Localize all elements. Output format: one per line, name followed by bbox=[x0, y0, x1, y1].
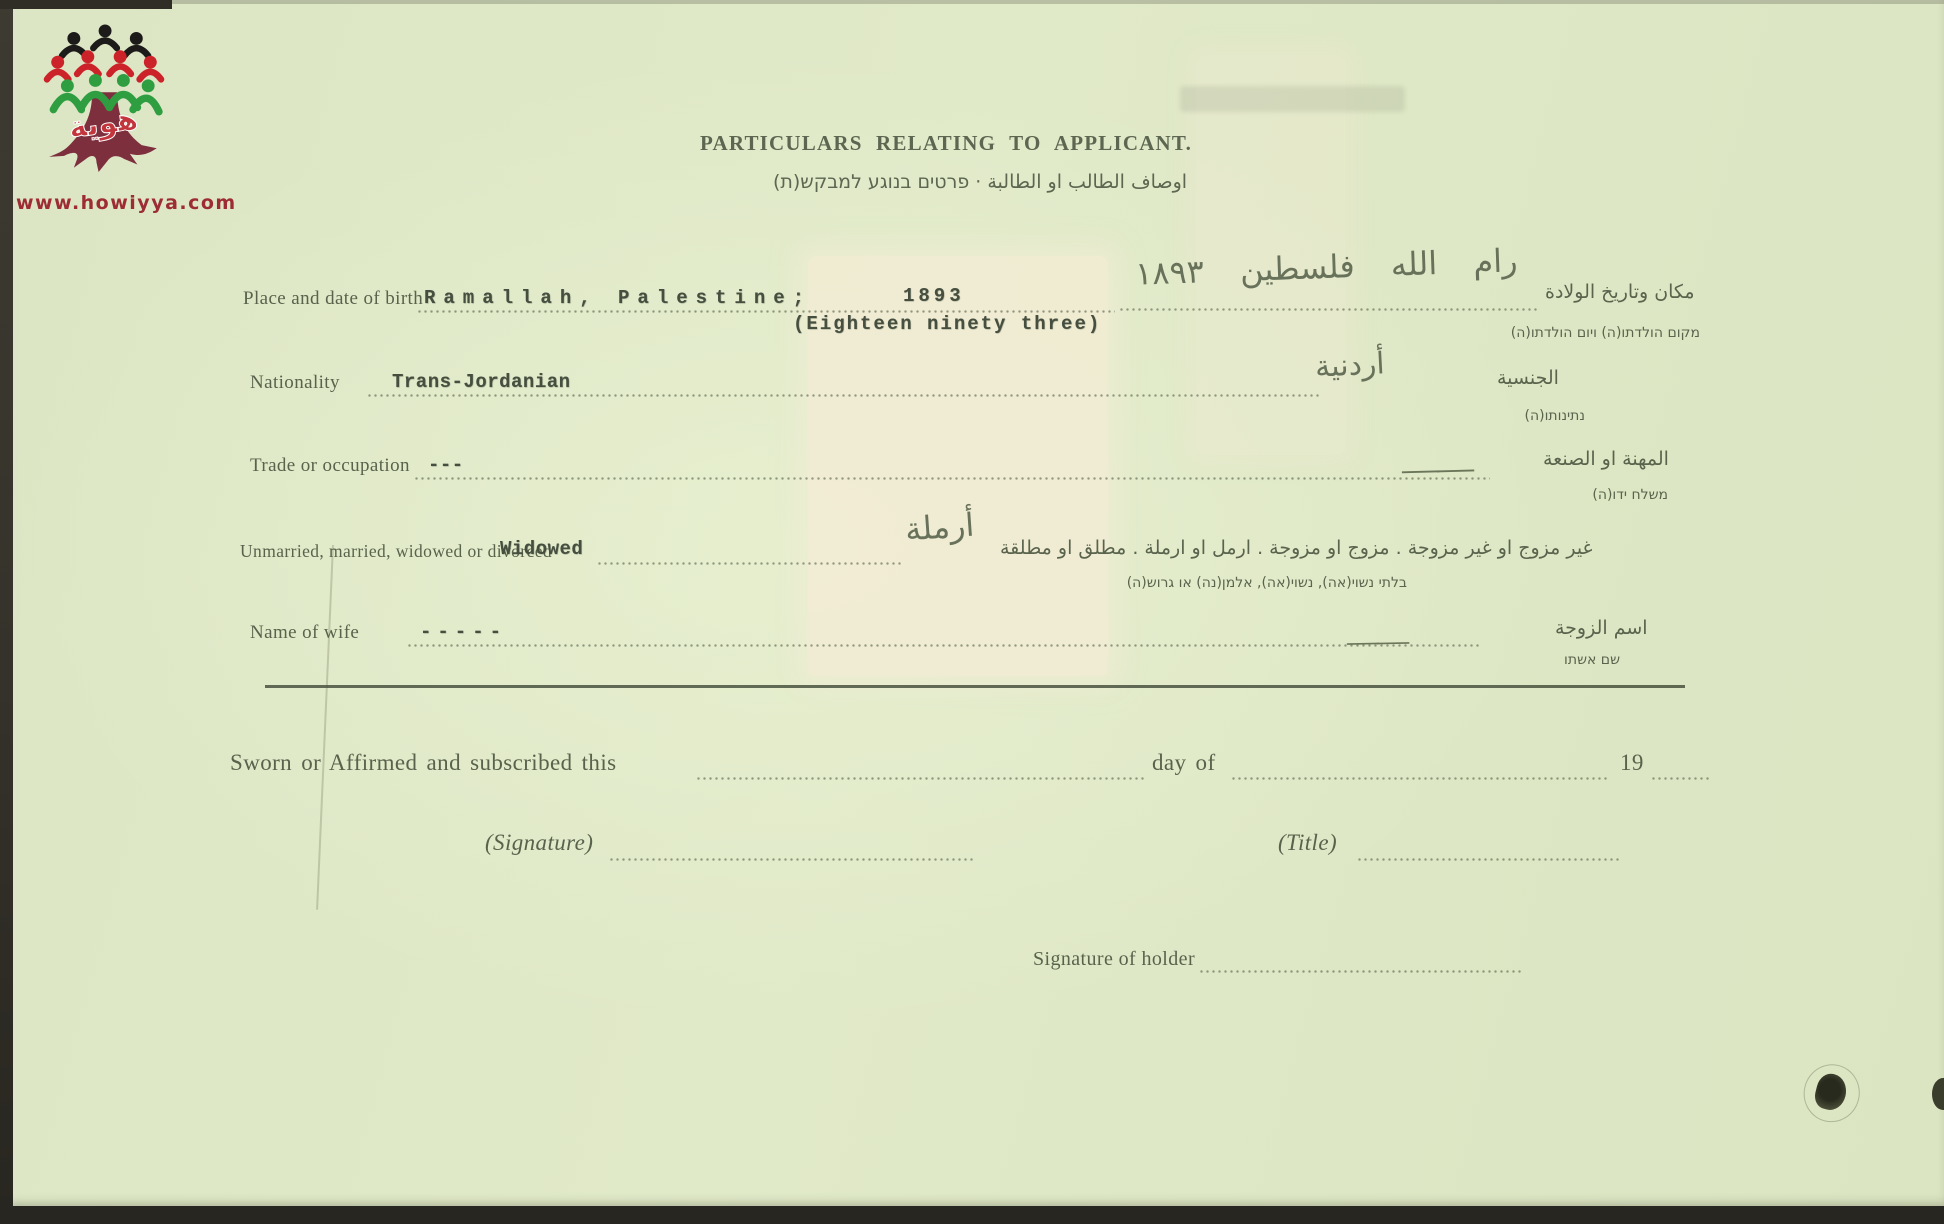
marital-handwritten-value: أرملة bbox=[904, 506, 976, 549]
subtitle-separator: · bbox=[975, 171, 981, 193]
birth-label-en: Place and date of birth bbox=[243, 288, 423, 310]
nationality-typed-value: Trans-Jordanian bbox=[392, 371, 571, 393]
birth-label-he: מקום הולדתו(ה) ויום הולדתו(ה) bbox=[1450, 325, 1700, 341]
paper-top-edge-shadow bbox=[13, 0, 1944, 4]
watermark-url: www.howiyya.com bbox=[16, 192, 237, 214]
bleed-through-smudge bbox=[1180, 86, 1405, 112]
nationality-handwritten-value: أردنية bbox=[1314, 346, 1385, 385]
nationality-label-en: Nationality bbox=[250, 372, 340, 394]
document-subtitle: اوصاف الطالب او الطالبة · פרטים בנוגע למ… bbox=[760, 171, 1200, 193]
birth-dotted-line-right bbox=[1120, 308, 1538, 311]
wife-label-ar: اسم الزوجة bbox=[1555, 617, 1648, 639]
holder-dotted-line bbox=[1200, 970, 1522, 973]
nationality-label-ar: الجنسية bbox=[1497, 367, 1559, 389]
wife-handwritten-dash: —— bbox=[1347, 623, 1408, 656]
sworn-dotted-line-3 bbox=[1652, 777, 1712, 780]
wife-typed-value: ----- bbox=[420, 621, 507, 643]
trade-label-he: משלח ידו(ה) bbox=[1550, 487, 1668, 503]
day-of-text: day of bbox=[1152, 750, 1216, 776]
section-divider-rule bbox=[265, 685, 1685, 688]
ink-blot bbox=[1812, 1071, 1850, 1113]
signature-label: (Signature) bbox=[485, 830, 593, 856]
year-prefix: 19 bbox=[1620, 750, 1644, 776]
marital-typed-value: Widowed bbox=[500, 538, 583, 560]
birth-typed-place: Ramallah, Palestine; bbox=[424, 287, 812, 309]
subtitle-arabic: اوصاف الطالب او الطالبة bbox=[987, 171, 1187, 193]
signature-dotted-line bbox=[610, 858, 973, 861]
sworn-dotted-line-1 bbox=[697, 777, 1145, 780]
nationality-label-he: נתינותו(ה) bbox=[1510, 408, 1585, 424]
wife-label-en: Name of wife bbox=[250, 622, 359, 644]
marital-label-he: בלתי נשוי(אה), נשוי(אה), אלמן(נה) או גרו… bbox=[1135, 575, 1407, 591]
title-label: (Title) bbox=[1278, 830, 1337, 856]
trade-handwritten-dash: —— bbox=[1402, 449, 1473, 488]
marital-label-ar: غير مزوج او غير مزوجة . مزوج او مزوجة . … bbox=[1000, 537, 1700, 559]
birth-typed-year-words: (Eighteen ninety three) bbox=[793, 313, 1101, 335]
birth-typed-year: 1893 bbox=[903, 285, 965, 307]
marital-dotted-line bbox=[598, 562, 903, 565]
title-dotted-line bbox=[1358, 858, 1622, 861]
trade-label-ar: المهنة او الصنعة bbox=[1543, 448, 1669, 470]
wife-label-he: שם אשתו bbox=[1560, 652, 1620, 668]
trade-dotted-line bbox=[415, 477, 1490, 480]
backdrop-top-left bbox=[0, 0, 172, 9]
trade-typed-value: --- bbox=[428, 454, 464, 476]
subtitle-hebrew: פרטים בנוגע למבקש(ת) bbox=[773, 171, 969, 193]
sworn-dotted-line-2 bbox=[1232, 777, 1610, 780]
howiyya-tree-logo: هوية bbox=[34, 16, 174, 188]
sworn-text: Sworn or Affirmed and subscribed this bbox=[230, 750, 616, 776]
holder-label: Signature of holder bbox=[1033, 948, 1195, 971]
nationality-dotted-line bbox=[368, 394, 1320, 397]
document-title: PARTICULARS RELATING TO APPLICANT. bbox=[700, 131, 1190, 156]
trade-label-en: Trade or occupation bbox=[250, 455, 410, 477]
scanned-document-page: هوية www.howiyya.com PARTICULARS RELATIN… bbox=[0, 0, 1944, 1224]
wife-dotted-line bbox=[408, 644, 1480, 647]
birth-label-ar: مكان وتاريخ الولادة bbox=[1545, 281, 1695, 303]
people-row-black bbox=[62, 24, 148, 55]
